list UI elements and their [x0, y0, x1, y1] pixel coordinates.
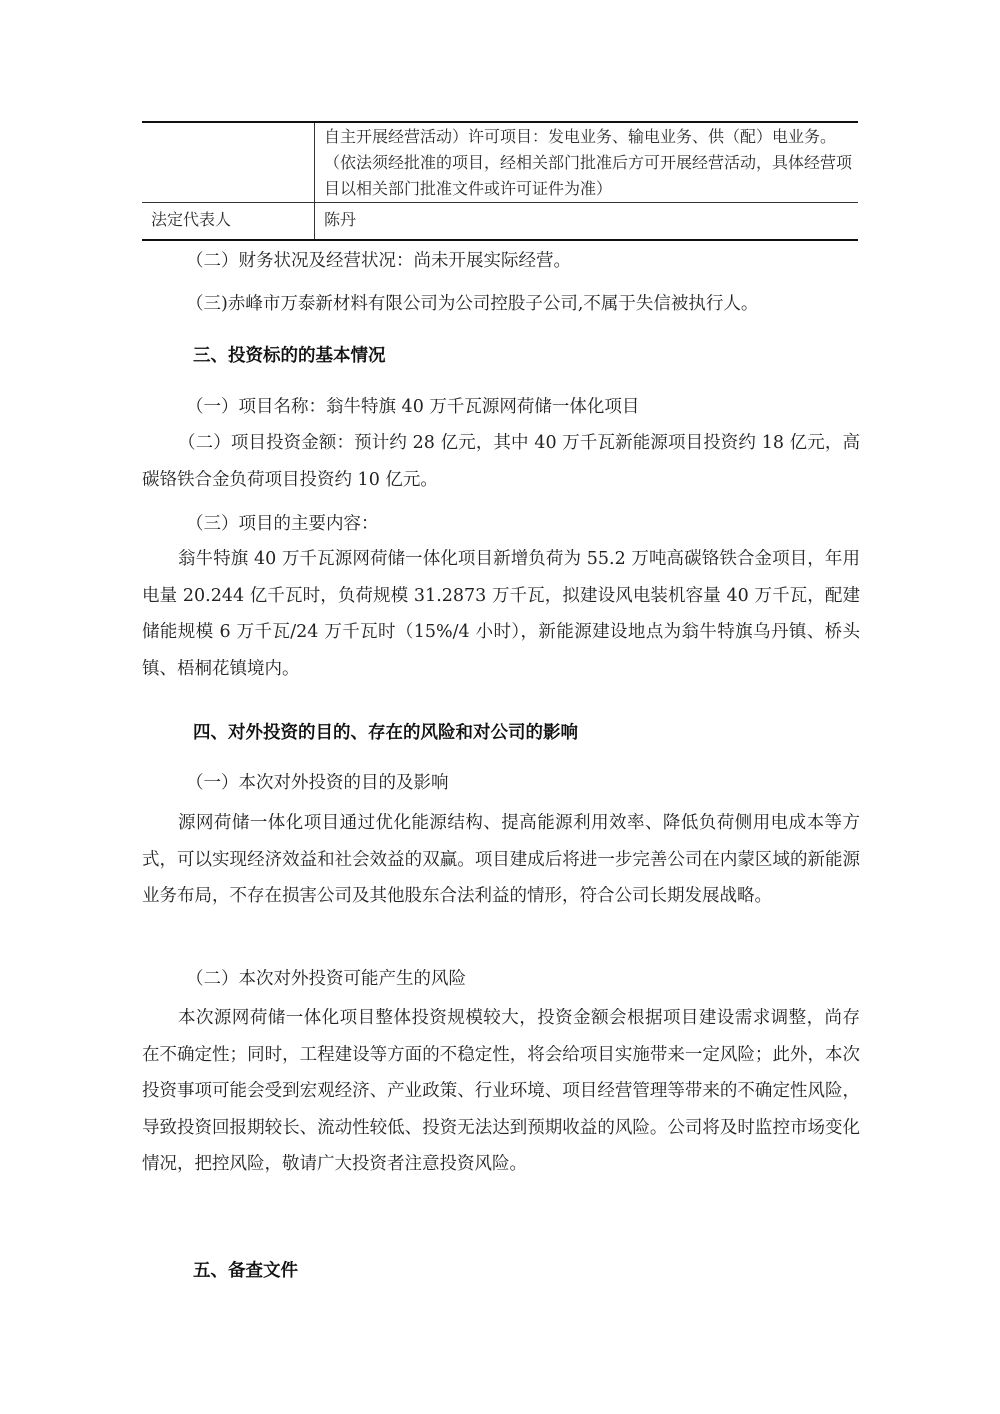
section-3-heading: 三、投资标的的基本情况	[193, 342, 386, 367]
purpose-paragraph: 源网荷储一体化项目通过优化能源结构、提高能源利用效率、降低负荷侧用电成本等方式，…	[142, 805, 860, 915]
legal-representative-label: 法定代表人	[142, 203, 315, 241]
business-scope-cell: 自主开展经营活动）许可项目：发电业务、输电业务、供（配）电业务。（依法须经批准的…	[315, 122, 859, 203]
table-label-cell	[142, 122, 315, 203]
section-4-heading: 四、对外投资的目的、存在的风险和对公司的影响	[193, 719, 578, 744]
subsidiary-status-text: （三)赤峰市万泰新材料有限公司为公司控股子公司,不属于失信被执行人。	[186, 290, 758, 315]
project-name-text: （一）项目名称：翁牛特旗 40 万千瓦源网荷储一体化项目	[186, 393, 639, 418]
financial-status-text: （二）财务状况及经营状况：尚未开展实际经营。	[186, 247, 571, 272]
document-page: 自主开展经营活动）许可项目：发电业务、输电业务、供（配）电业务。（依法须经批准的…	[0, 0, 1000, 1414]
project-investment-text: （二）项目投资金额：预计约 28 亿元，其中 40 万千瓦新能源项目投资约 18…	[142, 425, 860, 498]
table-row: 自主开展经营活动）许可项目：发电业务、输电业务、供（配）电业务。（依法须经批准的…	[142, 122, 858, 203]
company-info-table: 自主开展经营活动）许可项目：发电业务、输电业务、供（配）电业务。（依法须经批准的…	[142, 121, 858, 241]
risk-subheading: （二）本次对外投资可能产生的风险	[186, 965, 466, 990]
section-5-heading: 五、备查文件	[193, 1257, 298, 1282]
purpose-subheading: （一）本次对外投资的目的及影响	[186, 769, 449, 794]
legal-representative-value: 陈丹	[315, 203, 859, 241]
table-row: 法定代表人 陈丹	[142, 203, 858, 241]
risk-paragraph: 本次源网荷储一体化项目整体投资规模较大，投资金额会根据项目建设需求调整，尚存在不…	[142, 1000, 860, 1183]
project-content-paragraph: 翁牛特旗 40 万千瓦源网荷储一体化项目新增负荷为 55.2 万吨高碳铬铁合金项…	[142, 541, 860, 687]
project-content-label: （三）项目的主要内容：	[186, 510, 379, 535]
